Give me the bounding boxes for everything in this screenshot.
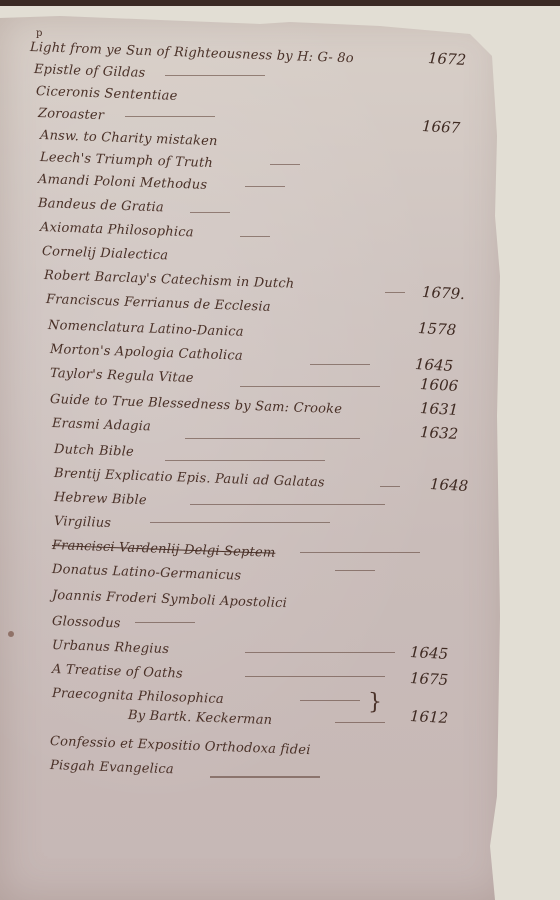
entry-title: Brentij Explicatio Epis. Pauli ad Galata…	[54, 466, 325, 490]
entry-rule	[150, 522, 330, 523]
entry-title: Pisgah Evangelica	[50, 758, 174, 777]
list-item: Bandeus de Gratia	[0, 196, 505, 218]
entry-rule	[335, 570, 375, 571]
entry-title: Confessio et Expositio Orthodoxa fidei	[50, 734, 311, 758]
entry-title: Glossodus	[52, 614, 121, 631]
list-item: Ciceronis Sententiae	[0, 84, 505, 106]
entry-rule	[300, 700, 360, 701]
entry-title: Cornelij Dialectica	[42, 244, 169, 263]
entry-title: Guide to True Blessedness by Sam: Crooke	[50, 392, 343, 417]
list-item: Brentij Explicatio Epis. Pauli ad Galata…	[0, 466, 505, 488]
entry-title: Praecognita Philosophica	[52, 686, 224, 707]
list-item: Erasmi Adagia 1632	[0, 416, 505, 438]
page-marker: p	[36, 28, 42, 39]
entry-title: By Bartk. Keckerman	[128, 708, 273, 728]
list-item: Dutch Bible	[0, 442, 505, 464]
list-item: Answ. to Charity mistaken 1667	[0, 128, 505, 150]
entry-rule	[190, 212, 230, 213]
list-item: Glossodus	[0, 614, 505, 636]
list-item: Hebrew Bible	[0, 490, 505, 512]
list-item: Donatus Latino-Germanicus	[0, 562, 505, 584]
entry-rule	[165, 460, 325, 461]
list-item: Light from ye Sun of Righteousness by H:…	[0, 40, 505, 62]
entry-rule	[310, 364, 370, 365]
entry-rule	[245, 652, 395, 653]
entry-rule	[240, 386, 380, 387]
list-item: Epistle of Gildas	[0, 62, 505, 84]
book-list: p Light from ye Sun of Righteousness by …	[0, 0, 505, 900]
entry-title: Hebrew Bible	[54, 490, 147, 508]
entry-date: 1667	[422, 117, 461, 137]
brace-mark: }	[368, 690, 382, 715]
entry-title: Nomenclatura Latino-Danica	[48, 318, 244, 340]
list-item: Urbanus Rhegius 1645	[0, 638, 505, 660]
list-item: A Treatise of Oaths 1675	[0, 662, 505, 684]
list-item: Francisci Vardenlij Delgi Septem	[0, 538, 505, 560]
entry-title: Answ. to Charity mistaken	[40, 128, 218, 149]
entry-rule	[245, 676, 385, 677]
list-item: Pisgah Evangelica	[0, 758, 505, 780]
list-item: Joannis Froderi Symboli Apostolici	[0, 588, 505, 610]
entry-rule	[165, 75, 265, 76]
entry-date: 1632	[420, 423, 459, 443]
entry-date: 1645	[410, 643, 449, 663]
entry-title: Joannis Froderi Symboli Apostolici	[52, 588, 287, 611]
entry-title: Epistle of Gildas	[34, 62, 146, 81]
entry-rule	[380, 486, 400, 487]
entry-title: A Treatise of Oaths	[52, 662, 183, 682]
entry-title: Franciscus Ferrianus de Ecclesia	[46, 292, 271, 315]
list-item: Amandi Poloni Methodus	[0, 172, 505, 194]
entry-rule	[135, 622, 195, 623]
list-item: By Bartk. Keckerman 1612	[0, 708, 505, 730]
entry-rule	[245, 186, 285, 187]
list-item: Robert Barclay's Catechism in Dutch 1679…	[0, 268, 505, 290]
entry-title: Bandeus de Gratia	[38, 196, 164, 215]
entry-rule	[335, 722, 385, 723]
entry-title: Virgilius	[54, 514, 112, 531]
entry-title: Morton's Apologia Catholica	[50, 342, 243, 364]
entry-title: Taylor's Regula Vitae	[50, 366, 194, 386]
entry-title: Dutch Bible	[54, 442, 134, 460]
list-item: Virgilius	[0, 514, 505, 536]
list-item: Praecognita Philosophica	[0, 686, 505, 708]
entry-title: Donatus Latino-Germanicus	[52, 562, 242, 584]
entry-rule	[270, 164, 300, 165]
list-item: Morton's Apologia Catholica 1645	[0, 342, 505, 364]
entry-rule	[125, 116, 215, 117]
list-item: Taylor's Regula Vitae 1606	[0, 366, 505, 388]
entry-title: Zoroaster	[38, 106, 105, 123]
entry-title: Axiomata Philosophica	[40, 220, 194, 240]
list-item: Nomenclatura Latino-Danica	[0, 318, 505, 340]
entry-title: Erasmi Adagia	[52, 416, 152, 434]
entry-rule	[300, 552, 420, 553]
list-item: Guide to True Blessedness by Sam: Crooke…	[0, 392, 505, 414]
list-item: Leech's Triumph of Truth	[0, 150, 505, 172]
entry-date: 1612	[410, 707, 449, 727]
entry-title-struck: Francisci Vardenlij Delgi Septem	[52, 538, 276, 561]
list-item: Franciscus Ferrianus de Ecclesia 1578	[0, 292, 505, 314]
entry-rule	[210, 776, 320, 778]
entry-title: Urbanus Rhegius	[52, 638, 170, 657]
entry-title: Robert Barclay's Catechism in Dutch	[44, 268, 295, 292]
entry-title: Leech's Triumph of Truth	[40, 150, 213, 171]
list-item: Cornelij Dialectica	[0, 244, 505, 266]
entry-rule	[240, 236, 270, 237]
entry-rule	[185, 438, 360, 439]
entry-rule	[190, 504, 385, 505]
list-item: Axiomata Philosophica	[0, 220, 505, 242]
list-item: Confessio et Expositio Orthodoxa fidei	[0, 734, 505, 756]
entry-title: Ciceronis Sententiae	[36, 84, 178, 104]
entry-title: Amandi Poloni Methodus	[38, 172, 208, 193]
